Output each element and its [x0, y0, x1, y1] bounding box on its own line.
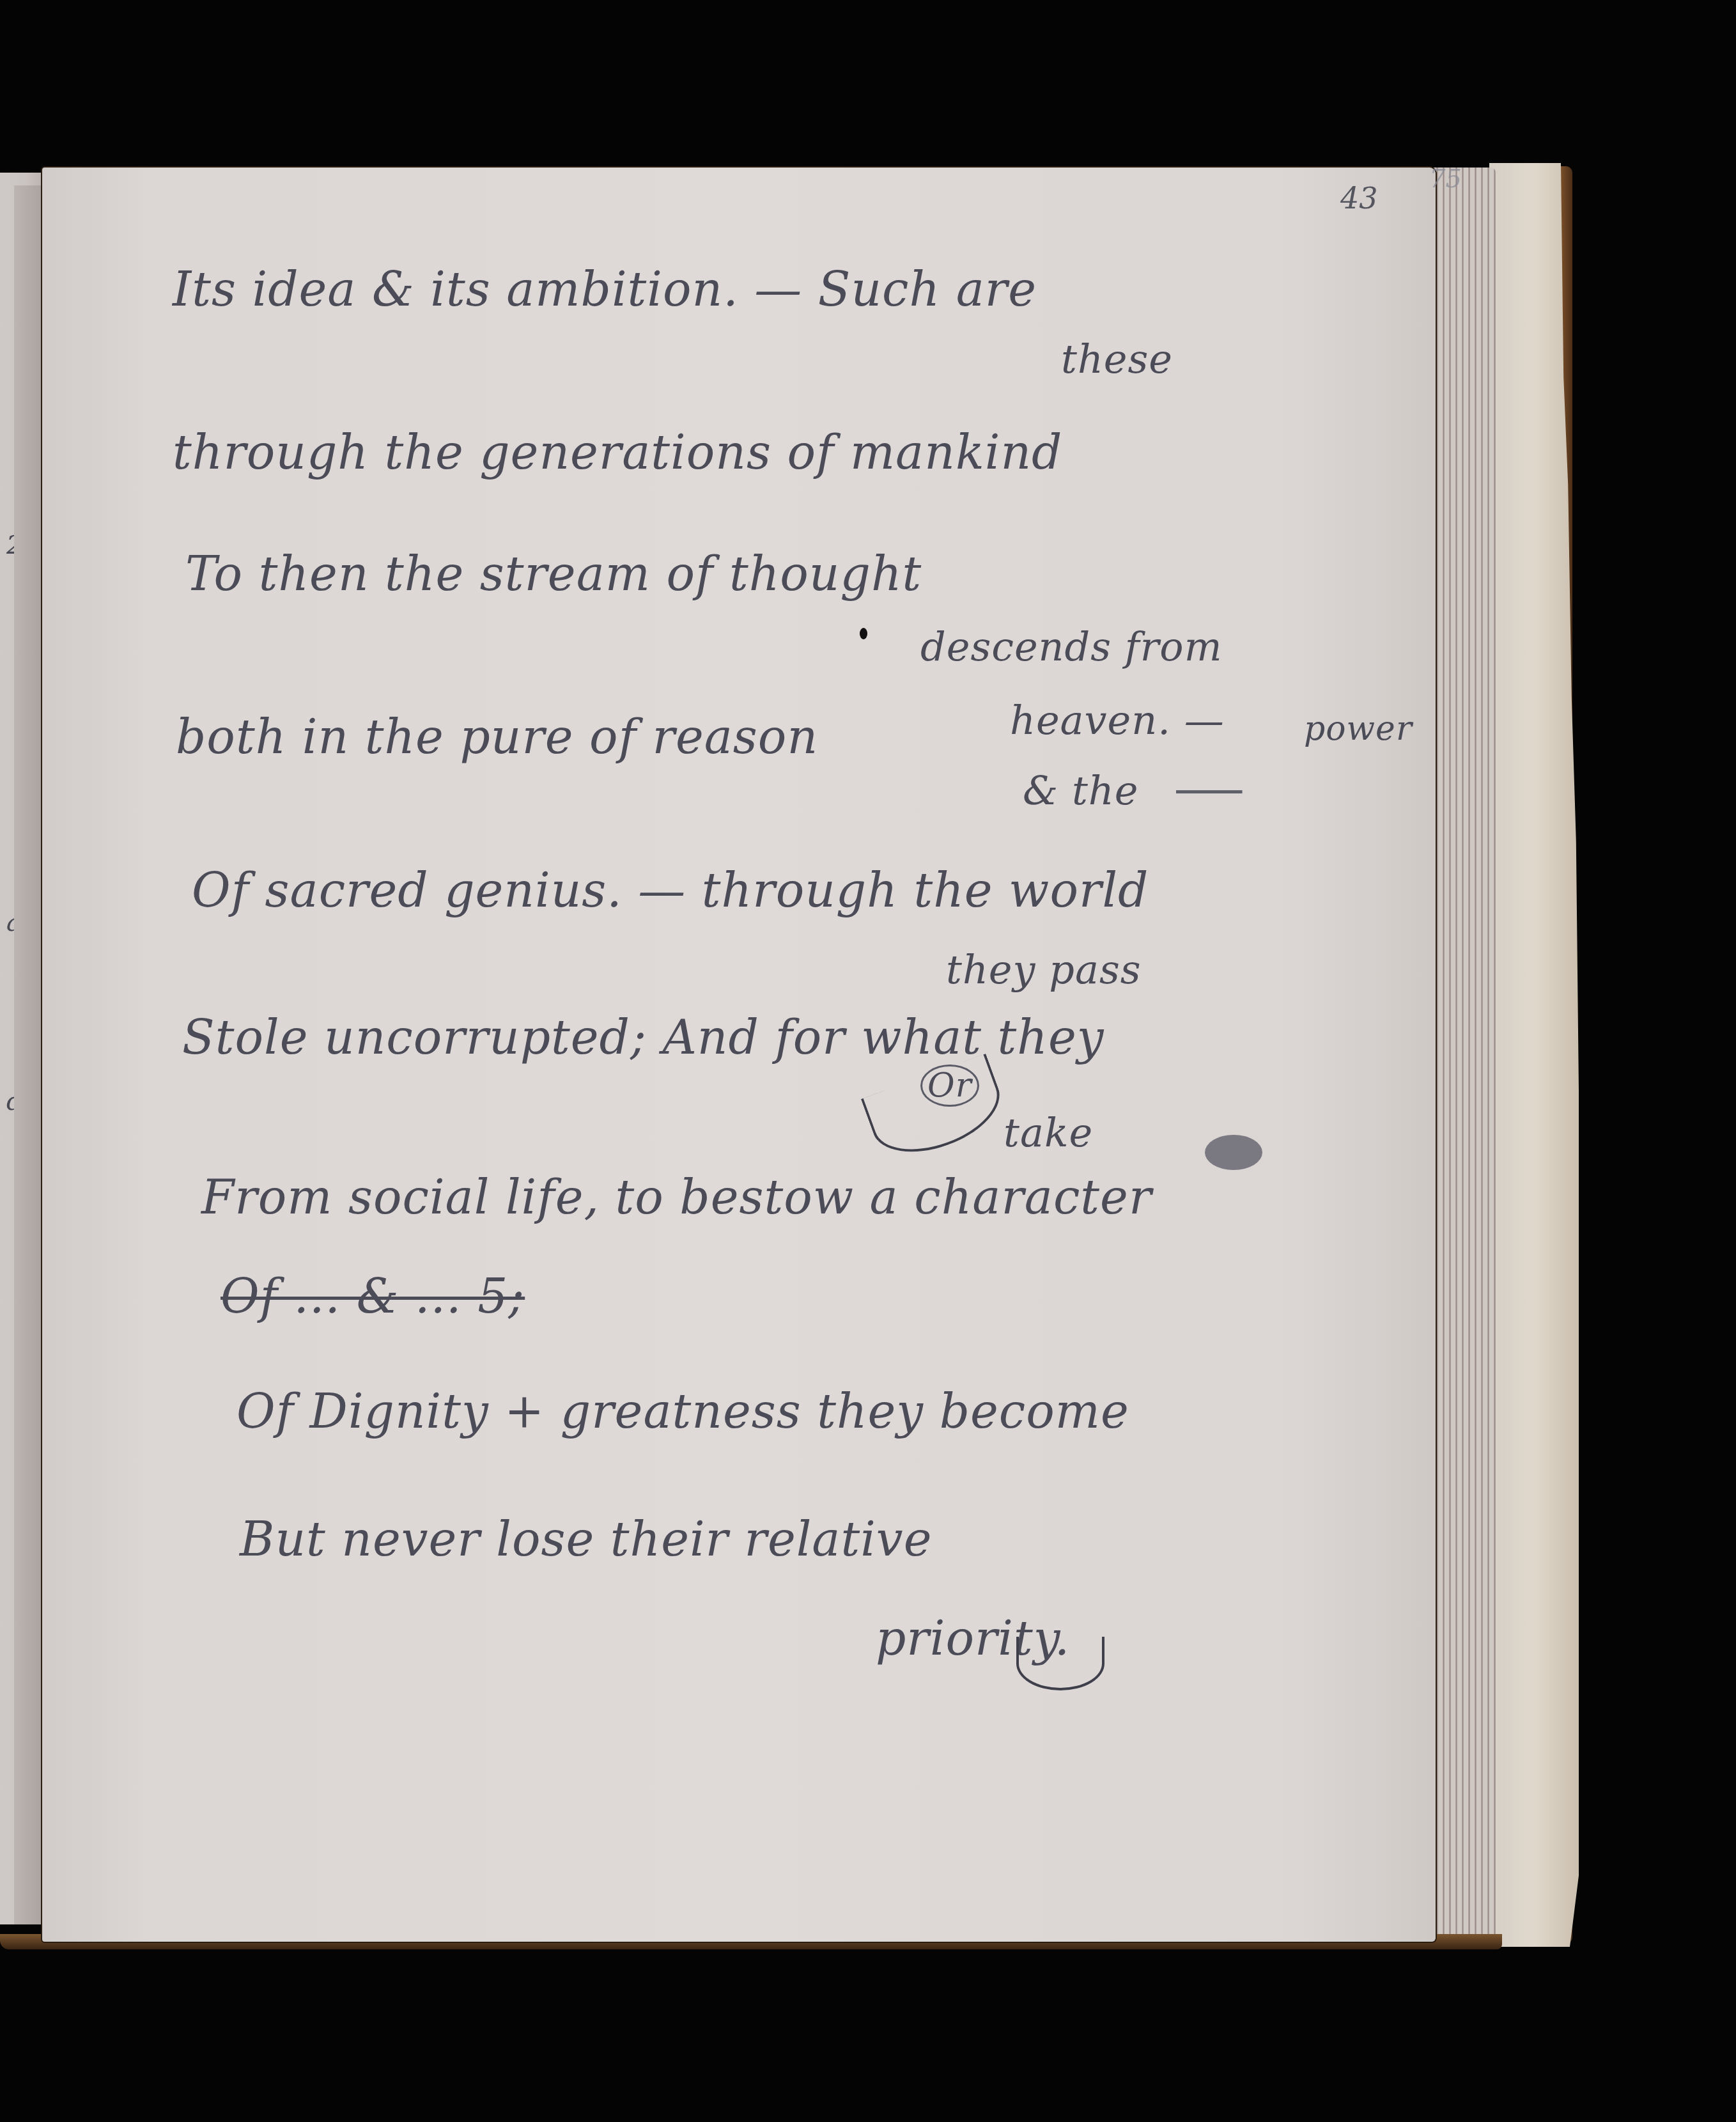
book-gutter	[14, 185, 43, 1924]
manuscript-line: through the generations of mankind	[173, 425, 1062, 480]
interlinear-insertion: they pass	[946, 946, 1142, 993]
interlinear-insertion: heaven. —	[1010, 697, 1225, 744]
page-number: 43	[1340, 181, 1378, 215]
interlinear-insertion: & the	[1023, 767, 1138, 814]
manuscript-line: both in the pure of reason	[176, 710, 818, 765]
deleted-word	[1176, 767, 1243, 814]
underline-curve	[1016, 1637, 1104, 1690]
struck-line: Of ... & ... 5;	[221, 1269, 525, 1324]
interlinear-insertion: take	[1004, 1109, 1093, 1156]
marginal-insertion: power	[1304, 710, 1413, 748]
interlinear-insertion: these	[1061, 336, 1173, 382]
manuscript-line: But never lose their relative	[240, 1512, 932, 1567]
manuscript-line: To then the stream of thought	[185, 547, 922, 602]
page-block-edges	[1425, 168, 1496, 1939]
faded-corner-number: 75	[1429, 164, 1462, 194]
torn-flyleaf	[1489, 163, 1579, 1947]
ink-blot	[860, 628, 867, 639]
manuscript-line: Of Dignity + greatness they become	[236, 1384, 1129, 1439]
scribbled-out-word	[1205, 1135, 1262, 1170]
manuscript-line: Of sacred genius. — through the world	[192, 863, 1149, 918]
interlinear-insertion: descends from	[920, 623, 1222, 670]
manuscript-line: From social life, to bestow a character	[201, 1170, 1152, 1225]
manuscript-line: Stole uncorrupted; And for what they	[182, 1010, 1104, 1065]
manuscript-line: Its idea & its ambition. — Such are	[173, 262, 1037, 317]
